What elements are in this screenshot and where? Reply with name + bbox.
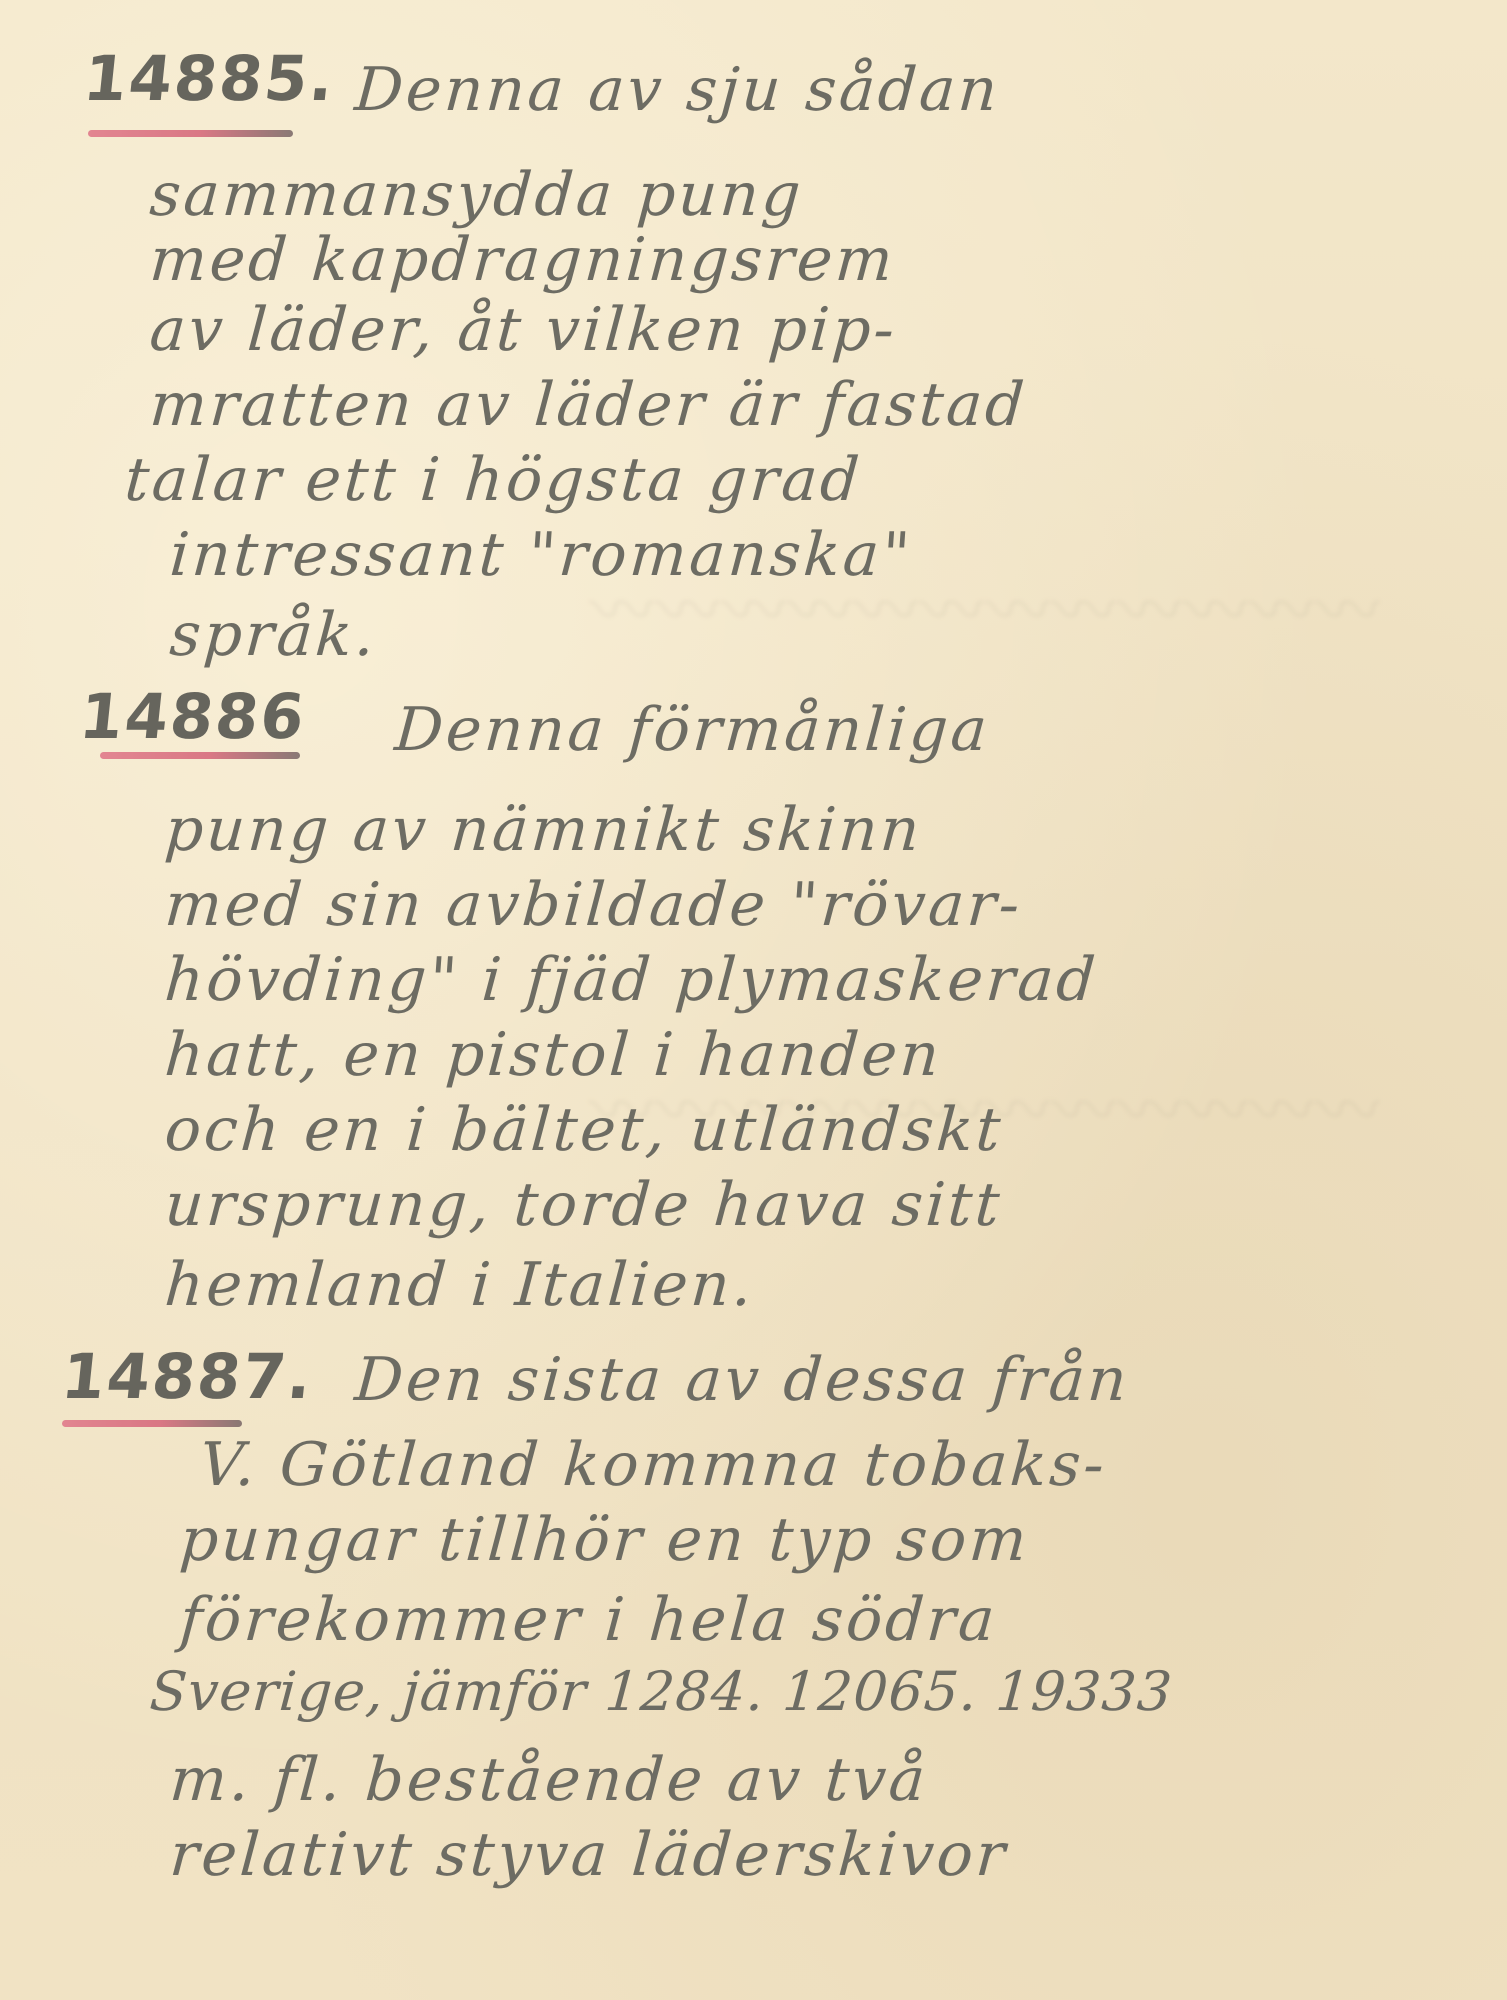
text-line: förekommer i hela södra: [178, 1585, 1000, 1655]
text-line: och en i bältet, utländskt: [163, 1095, 1006, 1165]
text-line: Denna förmånliga: [393, 695, 993, 765]
text-line: talar ett i högsta grad: [123, 445, 865, 515]
text-line: hatt, en pistol i handen: [163, 1020, 945, 1090]
text-line: Den sista av dessa från: [353, 1345, 1132, 1415]
text-line: hemland i Italien.: [163, 1250, 757, 1320]
text-line: pung av nämnikt skinn: [163, 795, 925, 865]
text-line: av läder, åt vilken pip-: [148, 295, 900, 365]
text-line: Sverige, jämför 1284. 12065. 19333: [148, 1660, 1175, 1723]
text-line: ursprung, torde hava sitt: [163, 1170, 1005, 1240]
text-line: pungar tillhör en typ som: [178, 1505, 1032, 1575]
text-line: Denna av sju sådan: [353, 55, 1003, 125]
red-underline: [88, 130, 293, 137]
text-line: relativt styva läderskivor: [168, 1820, 1011, 1890]
red-underline: [62, 1420, 242, 1427]
text-line: hövding" i fjäd plymaskerad: [163, 945, 1101, 1015]
entry-number: 14885.: [80, 42, 339, 115]
text-line: mratten av läder är fastad: [148, 370, 1030, 440]
text-line: V. Götland kommna tobaks-: [198, 1430, 1110, 1500]
text-line: intressant "romanska": [168, 520, 915, 590]
entry-number: 14887.: [58, 1340, 317, 1413]
text-line: med sin avbildade "rövar-: [163, 870, 1025, 940]
text-line: språk.: [168, 600, 380, 670]
text-line: med kapdragningsrem: [148, 225, 898, 295]
entry-number: 14886: [76, 680, 309, 753]
text-line: m. fl. bestående av två: [168, 1745, 931, 1815]
red-underline: [100, 752, 300, 759]
manuscript-page: 〰〰〰〰〰〰〰〰〰〰〰〰 〰〰〰〰〰〰〰〰〰〰〰〰 14885. Denna a…: [0, 0, 1507, 2000]
text-line: sammansydda pung: [148, 160, 806, 230]
